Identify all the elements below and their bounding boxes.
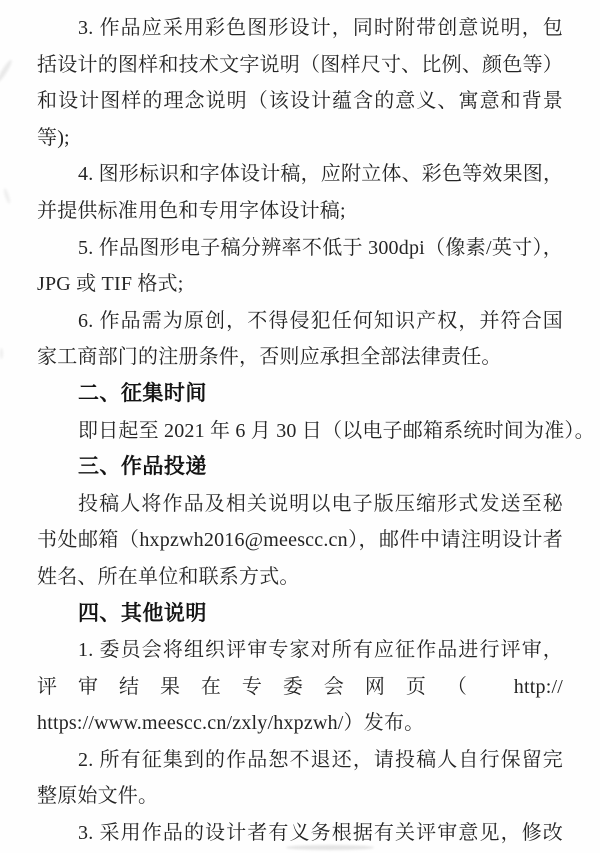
doc-line: 1. 委员会将组织评审专家对所有应征作品进行评审， <box>37 632 563 669</box>
doc-line: 括设计的图样和技术文字说明（图样尺寸、比例、颜色等） <box>37 47 563 84</box>
doc-line: 即日起至 2021 年 6 月 30 日（以电子邮箱系统时间为准）。 <box>37 413 563 450</box>
doc-line-url: https://www.meescc.cn/zxly/hxpzwh/）发布。 <box>37 705 563 742</box>
section-heading-other-notes: 四、其他说明 <box>37 596 563 633</box>
doc-line: JPG 或 TIF 格式; <box>37 266 563 303</box>
doc-line: 姓名、所在单位和联系方式。 <box>37 559 563 596</box>
doc-line: 6. 作品需为原创，不得侵犯任何知识产权，并符合国 <box>37 303 563 340</box>
document-page: 3. 作品应采用彩色图形设计，同时附带创意说明，包 括设计的图样和技术文字说明（… <box>0 0 600 853</box>
section-heading-submission: 三、作品投递 <box>37 449 563 486</box>
doc-line: 5. 作品图形电子稿分辨率不低于 300dpi（像素/英寸）， <box>37 230 563 267</box>
doc-line: 等); <box>37 120 563 157</box>
doc-line: 2. 所有征集到的作品恕不退还，请投稿人自行保留完 <box>37 742 563 779</box>
doc-line: 3. 采用作品的设计者有义务根据有关评审意见，修改 <box>37 815 563 852</box>
scan-artifact <box>3 188 12 204</box>
doc-line: 并提供标准用色和专用字体设计稿; <box>37 193 563 230</box>
scan-artifact <box>0 59 14 84</box>
doc-line-email: 书处邮箱（hxpzwh2016@meescc.cn），邮件中请注明设计者 <box>37 522 563 559</box>
doc-line: 家工商部门的注册条件，否则应承担全部法律责任。 <box>37 339 563 376</box>
doc-line: 和设计图样的理念说明（该设计蕴含的意义、寓意和背景 <box>37 83 563 120</box>
doc-line: 4. 图形标识和字体设计稿，应附立体、彩色等效果图， <box>37 156 563 193</box>
scan-artifact <box>0 348 3 359</box>
doc-line: 投稿人将作品及相关说明以电子版压缩形式发送至秘 <box>37 486 563 523</box>
doc-line: 整原始文件。 <box>37 778 563 815</box>
doc-line-stretched: 评审结果在专委会网页（ http:// <box>37 669 563 706</box>
doc-line: 3. 作品应采用彩色图形设计，同时附带创意说明，包 <box>37 10 563 47</box>
section-heading-collection-time: 二、征集时间 <box>37 376 563 413</box>
